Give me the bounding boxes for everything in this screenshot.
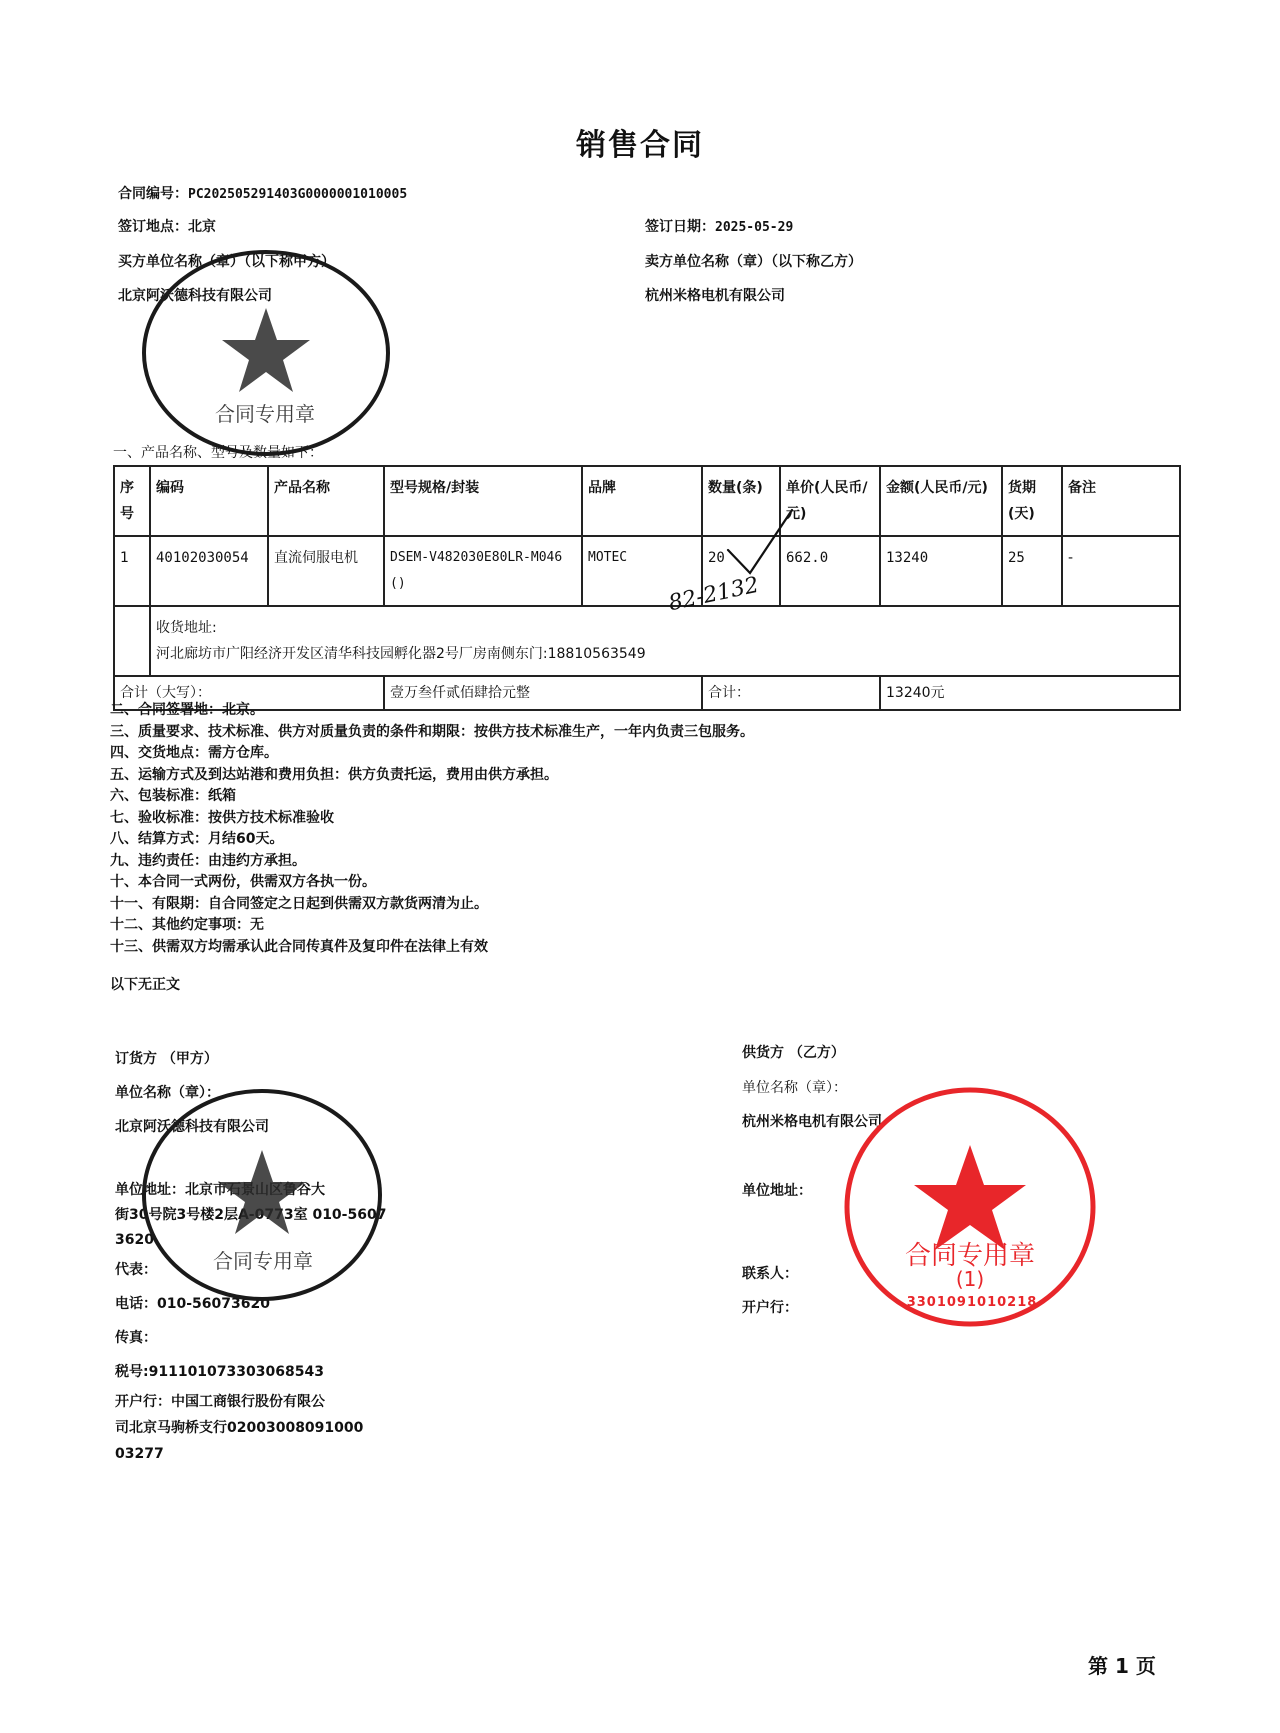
clause-item: 六、包装标准：纸箱 (110, 786, 754, 808)
sign-date-label: 签订日期： (645, 219, 715, 235)
seller-name: 杭州米格电机有限公司 (645, 285, 785, 305)
sign-place-value: 北京 (188, 219, 216, 235)
contract-number: 合同编号：PC202505291403G0000001010005 (118, 183, 407, 203)
cell-amount: 13240 (880, 536, 1002, 606)
cell-name: 直流伺服电机 (268, 536, 384, 606)
header-model: 型号规格/封装 (384, 466, 582, 536)
header-brand: 品牌 (582, 466, 702, 536)
sign-place-label: 签订地点： (118, 219, 188, 235)
clause-item: 三、质量要求、技术标准、供方对质量负责的条件和期限：按供方技术标准生产，一年内负… (110, 722, 754, 744)
clause-item: 十二、其他约定事项：无 (110, 915, 754, 937)
party-a-bank-3: 03277 (115, 1441, 386, 1467)
items-table: 序号 编码 产品名称 型号规格/封装 品牌 数量(条) 单价(人民币/元) 金额… (113, 465, 1181, 711)
total-value: 13240元 (880, 676, 1180, 710)
party-b-unit-label: 单位名称（章）： (742, 1077, 847, 1097)
clauses-list: 二、合同签署地：北京。三、质量要求、技术标准、供方对质量负责的条件和期限：按供方… (110, 700, 754, 958)
seller-seal-icon (842, 1085, 1098, 1330)
clause-item: 八、结算方式：月结60天。 (110, 829, 754, 851)
buyer-stamp-bottom: 合同专用章 (138, 1085, 386, 1305)
seller-stamp-code: 3301091010218 (902, 1295, 1042, 1310)
table-header-row: 序号 编码 产品名称 型号规格/封装 品牌 数量(条) 单价(人民币/元) 金额… (114, 466, 1180, 536)
clause-item: 五、运输方式及到达站港和费用负担：供方负责托运，费用由供方承担。 (110, 765, 754, 787)
checkmark-icon (720, 505, 800, 585)
cell-code: 40102030054 (150, 536, 268, 606)
header-lead-time: 货期(天) (1002, 466, 1062, 536)
cell-model: DSEM-V482030E80LR-M046() (384, 536, 582, 606)
party-b-contact-label: 联系人： (742, 1263, 798, 1283)
address-label: 收货地址: (156, 615, 1174, 641)
party-b-heading: 供货方 （乙方） (742, 1042, 845, 1062)
cell-remark: - (1062, 536, 1180, 606)
seller-stamp: 合同专用章 (1) 3301091010218 (842, 1085, 1098, 1330)
party-a-bank-1: 开户行：中国工商银行股份有限公 (115, 1389, 386, 1415)
seller-stamp-sub: (1) (890, 1267, 1050, 1291)
party-a-fax: 传真： (115, 1321, 386, 1355)
buyer-stamp-bottom-text-2: 合同专用章 (178, 1245, 348, 1274)
address-row: 收货地址: 河北廊坊市广阳经济开发区清华科技园孵化器2号厂房南侧东门:18810… (114, 606, 1180, 676)
header-no: 序号 (114, 466, 150, 536)
cell-no: 1 (114, 536, 150, 606)
clause-item: 十、本合同一式两份，供需双方各执一份。 (110, 872, 754, 894)
contract-number-value: PC202505291403G0000001010005 (188, 187, 407, 202)
clause-item: 二、合同签署地：北京。 (110, 700, 754, 722)
page-number: 第 1 页 (1088, 1650, 1156, 1679)
header-name: 产品名称 (268, 466, 384, 536)
clause-item: 七、验收标准：按供方技术标准验收 (110, 808, 754, 830)
header-remark: 备注 (1062, 466, 1180, 536)
clause-item: 四、交货地点：需方仓库。 (110, 743, 754, 765)
end-note: 以下无正文 (110, 974, 180, 994)
contract-number-label: 合同编号： (118, 186, 188, 202)
buyer-stamp-top: 合同专用章 (140, 248, 392, 458)
party-b-bank-label: 开户行： (742, 1297, 798, 1317)
header-amount: 金额(人民币/元) (880, 466, 1002, 536)
clause-item: 十三、供需双方均需承认此合同传真件及复印件在法律上有效 (110, 937, 754, 959)
sign-date-value: 2025-05-29 (715, 220, 793, 235)
address-value: 河北廊坊市广阳经济开发区清华科技园孵化器2号厂房南侧东门:18810563549 (156, 641, 1174, 667)
sign-place: 签订地点：北京 (118, 216, 216, 236)
table-row: 1 40102030054 直流伺服电机 DSEM-V482030E80LR-M… (114, 536, 1180, 606)
buyer-stamp-bottom-text: 合同专用章 (180, 398, 350, 427)
header-code: 编码 (150, 466, 268, 536)
clause-item: 九、违约责任：由违约方承担。 (110, 851, 754, 873)
cell-lead-time: 25 (1002, 536, 1062, 606)
party-b-address-label: 单位地址： (742, 1180, 812, 1200)
party-a-bank-2: 司北京马驹桥支行02003008091000 (115, 1415, 386, 1441)
party-a-heading: 订货方 （甲方） (115, 1042, 386, 1076)
seller-label: 卖方单位名称（章）（以下称乙方） (645, 251, 862, 271)
clause-item: 十一、有限期：自合同签定之日起到供需双方款货两清为止。 (110, 894, 754, 916)
document-title: 销售合同 (0, 120, 1280, 164)
party-a-tax-no: 税号:911101073303068543 (115, 1355, 386, 1389)
sign-date: 签订日期：2025-05-29 (645, 216, 793, 236)
